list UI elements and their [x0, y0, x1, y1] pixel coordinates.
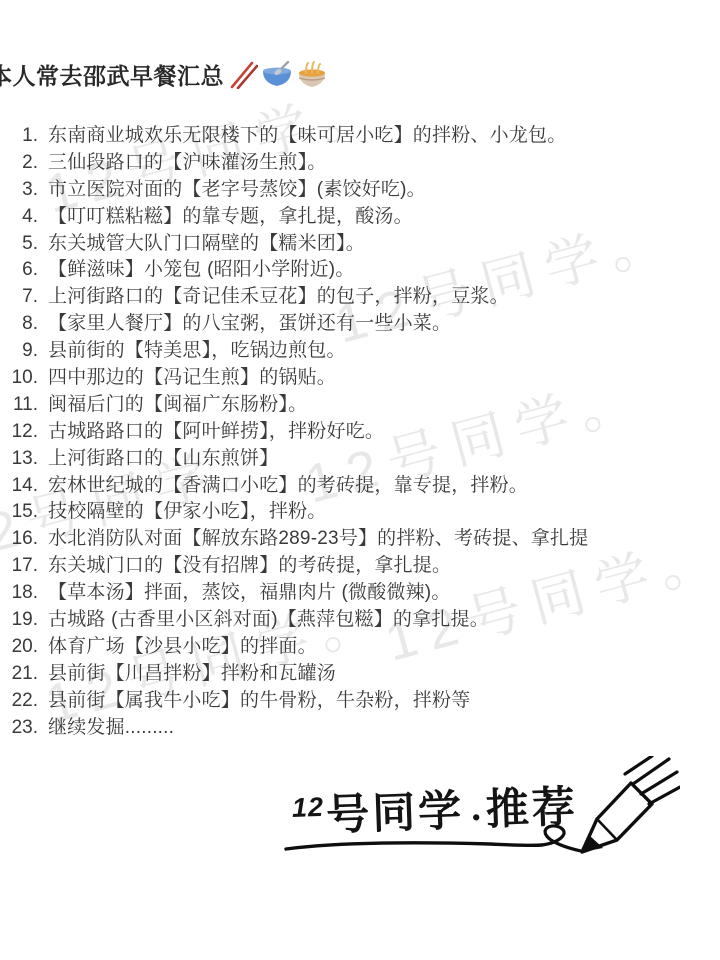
list-item-number: 14. [0, 473, 38, 500]
list-item-text: 【草本汤】拌面，蒸饺，福鼎肉片 (微酸微辣)。 [48, 580, 451, 607]
list-item-number: 5. [0, 231, 38, 258]
list-item-number: 6. [0, 257, 38, 284]
list-item-number: 21. [0, 661, 38, 688]
list-item-text: 闽福后门的【闽福广东肠粉】。 [48, 392, 307, 419]
list-item-number: 20. [0, 634, 38, 661]
list-item: 4. 【叮叮糕粘糍】的靠专题，拿扎提，酸汤。 [0, 204, 720, 231]
list-item: 9. 县前街的【特美思】，吃锅边煎包。 [0, 338, 720, 365]
list-item-text: 古城路 (古香里小区斜对面)【燕萍包糍】的拿扎提。 [48, 607, 489, 634]
list-item: 22. 县前街【属我牛小吃】的牛骨粉，牛杂粉，拌粉等 [0, 688, 720, 715]
list-item-number: 12. [0, 419, 38, 446]
signature-number: 12 [291, 792, 324, 824]
list-item: 2. 三仙段路口的【沪味灌汤生煎】。 [0, 150, 720, 177]
list-item: 12. 古城路路口的【阿叶鲜捞】，拌粉好吃。 [0, 419, 720, 446]
list-item: 11. 闽福后门的【闽福广东肠粉】。 [0, 392, 720, 419]
list-item: 10. 四中那边的【冯记生煎】的锅贴。 [0, 365, 720, 392]
list-item-number: 3. [0, 177, 38, 204]
list-item: 20. 体育广场【沙县小吃】的拌面。 [0, 634, 720, 661]
list-item-text: 东关城管大队门口隔壁的【糯米团】。 [48, 231, 365, 258]
list-item-number: 7. [0, 284, 38, 311]
list-item: 23. 继续发掘......... [0, 715, 720, 742]
signature-dot: • [472, 804, 481, 830]
signature: 12 号同学 • 推荐 [291, 773, 579, 844]
list-item: 15. 技校隔壁的【伊家小吃】，拌粉。 [0, 499, 720, 526]
breakfast-note-page: 12号同学。 12号同学。 12号同学。 12号同学。 12号同学。 12号同学… [0, 0, 720, 960]
list-item-number: 8. [0, 311, 38, 338]
list-item: 7. 上河街路口的【奇记佳禾豆花】的包子，拌粉，豆浆。 [0, 284, 720, 311]
chopsticks-icon [228, 61, 258, 89]
list-item: 5. 东关城管大队门口隔壁的【糯米团】。 [0, 231, 720, 258]
list-item-number: 15. [0, 499, 38, 526]
list-item-number: 2. [0, 150, 38, 177]
list-item-text: 古城路路口的【阿叶鲜捞】，拌粉好吃。 [48, 419, 384, 446]
list-item: 3. 市立医院对面的【老字号蒸饺】(素饺好吃)。 [0, 177, 720, 204]
list-item-number: 13. [0, 446, 38, 473]
list-item-text: 【叮叮糕粘糍】的靠专题，拿扎提，酸汤。 [48, 204, 413, 231]
list-item: 6. 【鲜滋味】小笼包 (昭阳小学附近)。 [0, 257, 720, 284]
list-item: 17. 东关城门口的【没有招牌】的考砖提，拿扎提。 [0, 553, 720, 580]
steaming-noodle-bowl-icon [296, 61, 328, 89]
list-item-text: 县前街【川昌拌粉】拌粉和瓦罐汤 [48, 661, 336, 688]
list-item-number: 16. [0, 526, 38, 553]
page-title: 本人常去邵武早餐汇总 [0, 58, 328, 91]
page-title-text: 本人常去邵武早餐汇总 [0, 58, 224, 91]
list-item: 8. 【家里人餐厅】的八宝粥，蛋饼还有一些小菜。 [0, 311, 720, 338]
list-item-number: 9. [0, 338, 38, 365]
list-item-number: 17. [0, 553, 38, 580]
list-item-text: 县前街的【特美思】，吃锅边煎包。 [48, 338, 346, 365]
breakfast-list: 1. 东南商业城欢乐无限楼下的【味可居小吃】的拌粉、小龙包。 2. 三仙段路口的… [0, 123, 720, 741]
list-item-text: 市立医院对面的【老字号蒸饺】(素饺好吃)。 [48, 177, 426, 204]
list-item-number: 11. [0, 392, 38, 419]
list-item-text: 技校隔壁的【伊家小吃】，拌粉。 [48, 499, 327, 526]
title-emoji-icons [228, 61, 328, 89]
list-item-text: 东南商业城欢乐无限楼下的【味可居小吃】的拌粉、小龙包。 [48, 123, 566, 150]
list-item-number: 19. [0, 607, 38, 634]
list-item-number: 10. [0, 365, 38, 392]
list-item: 13. 上河街路口的【山东煎饼】 [0, 446, 720, 473]
list-item: 1. 东南商业城欢乐无限楼下的【味可居小吃】的拌粉、小龙包。 [0, 123, 720, 150]
list-item-text: 县前街【属我牛小吃】的牛骨粉，牛杂粉，拌粉等 [48, 688, 470, 715]
list-item: 16. 水北消防队对面【解放东路289-23号】的拌粉、考砖提、拿扎提 [0, 526, 720, 553]
list-item-number: 18. [0, 580, 38, 607]
signature-suffix: 推荐 [485, 773, 579, 837]
list-item: 18. 【草本汤】拌面，蒸饺，福鼎肉片 (微酸微辣)。 [0, 580, 720, 607]
list-item-text: 水北消防队对面【解放东路289-23号】的拌粉、考砖提、拿扎提 [48, 526, 588, 553]
list-item-number: 23. [0, 715, 38, 742]
list-item: 19. 古城路 (古香里小区斜对面)【燕萍包糍】的拿扎提。 [0, 607, 720, 634]
bowl-with-spoon-icon [261, 61, 293, 89]
list-item-text: 三仙段路口的【沪味灌汤生煎】。 [48, 150, 327, 177]
list-item-text: 体育广场【沙县小吃】的拌面。 [48, 634, 317, 661]
list-item-number: 22. [0, 688, 38, 715]
list-item-text: 【鲜滋味】小笼包 (昭阳小学附近)。 [48, 257, 355, 284]
list-item-text: 宏林世纪城的【香满口小吃】的考砖提，靠专提，拌粉。 [48, 473, 528, 500]
list-item: 14. 宏林世纪城的【香满口小吃】的考砖提，靠专提，拌粉。 [0, 473, 720, 500]
list-item-number: 4. [0, 204, 38, 231]
list-item: 21. 县前街【川昌拌粉】拌粉和瓦罐汤 [0, 661, 720, 688]
list-item-text: 继续发掘......... [48, 715, 174, 742]
list-item-text: 四中那边的【冯记生煎】的锅贴。 [48, 365, 336, 392]
list-item-text: 上河街路口的【山东煎饼】 [48, 446, 278, 473]
list-item-text: 东关城门口的【没有招牌】的考砖提，拿扎提。 [48, 553, 451, 580]
list-item-number: 1. [0, 123, 38, 150]
list-item-text: 【家里人餐厅】的八宝粥，蛋饼还有一些小菜。 [48, 311, 451, 338]
signature-name: 号同学 [325, 777, 465, 843]
list-item-text: 上河街路口的【奇记佳禾豆花】的包子，拌粉，豆浆。 [48, 284, 509, 311]
